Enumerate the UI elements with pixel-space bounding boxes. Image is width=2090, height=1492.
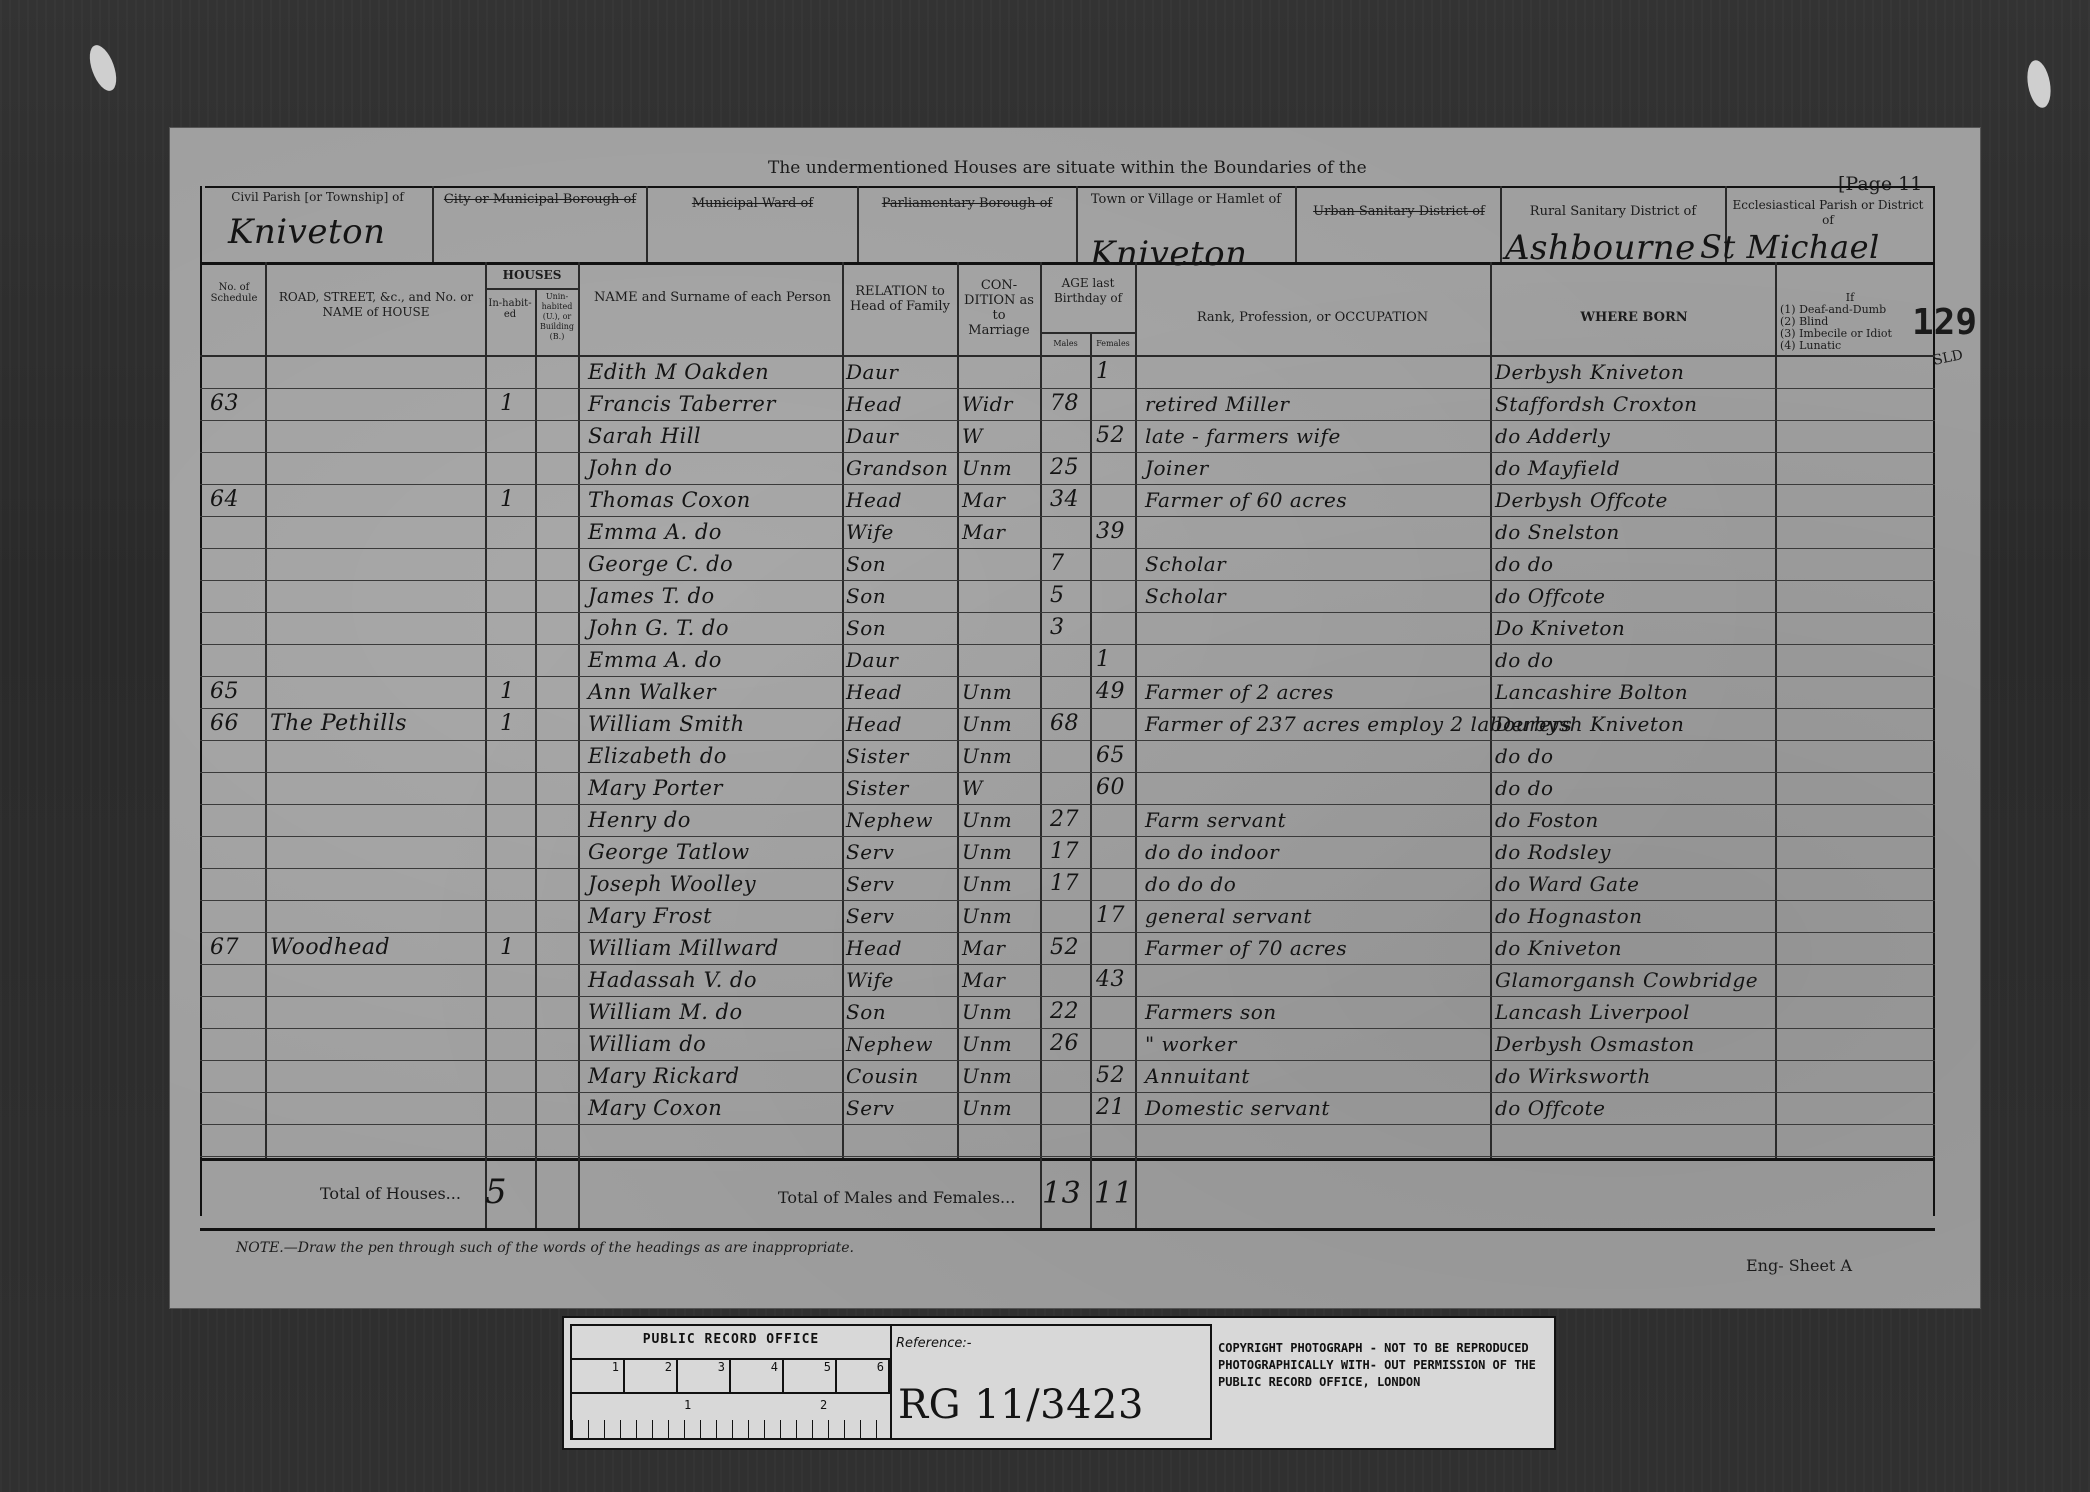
table-bottom — [200, 1158, 1935, 1161]
male-age — [1050, 741, 1088, 771]
schedule-number: 64 — [210, 485, 265, 515]
inhabited-count: 1 — [500, 389, 530, 419]
inhabited-count — [500, 901, 530, 931]
relation: Serv — [846, 837, 956, 867]
col-where-born-header: WHERE BORN — [1495, 310, 1773, 325]
female-age — [1096, 613, 1134, 643]
occupation — [1145, 645, 1485, 675]
person-name: Francis Taberrer — [588, 389, 840, 419]
age-subheader-line — [1040, 332, 1135, 334]
person-name — [588, 1125, 840, 1155]
condition: Unm — [962, 453, 1038, 483]
male-age: 17 — [1050, 869, 1088, 899]
relation: Son — [846, 549, 956, 579]
schedule-number — [210, 997, 265, 1027]
male-age — [1050, 645, 1088, 675]
house-name — [270, 1093, 484, 1123]
relation: Son — [846, 613, 956, 643]
where-born: Lancash Liverpool — [1495, 997, 1775, 1027]
relation: Sister — [846, 741, 956, 771]
scale-cell: 3 — [678, 1360, 731, 1392]
where-born: Lancashire Bolton — [1495, 677, 1775, 707]
condition: Unm — [962, 677, 1038, 707]
condition: Unm — [962, 869, 1038, 899]
condition — [962, 581, 1038, 611]
male-age — [1050, 1125, 1088, 1155]
schedule-number — [210, 805, 265, 835]
ruler-box: PUBLIC RECORD OFFICE 123456 1 2 — [570, 1324, 892, 1440]
inhabited-count — [500, 421, 530, 451]
person-name: Elizabeth do — [588, 741, 840, 771]
person-name: William do — [588, 1029, 840, 1059]
row-guide-line — [200, 1156, 1935, 1157]
male-age: 34 — [1050, 485, 1088, 515]
schedule-number: 66 — [210, 709, 265, 739]
inhabited-count — [500, 453, 530, 483]
relation: Grandson — [846, 453, 956, 483]
person-name: Emma A. do — [588, 645, 840, 675]
relation: Daur — [846, 645, 956, 675]
female-age — [1096, 933, 1134, 963]
house-name — [270, 389, 484, 419]
female-age: 17 — [1096, 901, 1134, 931]
inhabited-count — [500, 805, 530, 835]
scale-cell: 2 — [625, 1360, 678, 1392]
male-age — [1050, 357, 1088, 387]
house-name — [270, 581, 484, 611]
schedule-number — [210, 613, 265, 643]
occupation: Scholar — [1145, 581, 1485, 611]
relation: Head — [846, 389, 956, 419]
instruction-note: NOTE.—Draw the pen through such of the w… — [236, 1240, 854, 1256]
female-age: 43 — [1096, 965, 1134, 995]
condition: Unm — [962, 709, 1038, 739]
inhabited-count — [500, 645, 530, 675]
boundary-divider — [1076, 186, 1078, 262]
boundary-ecclesiastical-value: St Michael — [1700, 228, 1880, 266]
female-age: 21 — [1096, 1093, 1134, 1123]
relation: Daur — [846, 357, 956, 387]
occupation: Domestic servant — [1145, 1093, 1485, 1123]
relation: Son — [846, 581, 956, 611]
col-divider-uninhabited — [578, 262, 580, 1228]
occupation: Farmer of 60 acres — [1145, 485, 1485, 515]
col-inhabited-header: In-habit-ed — [487, 298, 533, 320]
where-born: do Kniveton — [1495, 933, 1775, 963]
boundary-town-label: Town or Village or Hamlet of — [1080, 192, 1292, 207]
condition — [962, 549, 1038, 579]
male-age — [1050, 421, 1088, 451]
person-name: Hadassah V. do — [588, 965, 840, 995]
where-born: do Rodsley — [1495, 837, 1775, 867]
where-born: do Hognaston — [1495, 901, 1775, 931]
schedule-number — [210, 773, 265, 803]
male-age: 27 — [1050, 805, 1088, 835]
boundary-urban-sanitary-label: Urban Sanitary District of — [1299, 204, 1499, 219]
schedule-number — [210, 869, 265, 899]
col-houses-header: HOUSES — [487, 268, 577, 283]
house-name — [270, 485, 484, 515]
occupation: do do do — [1145, 869, 1485, 899]
female-age: 60 — [1096, 773, 1134, 803]
female-age: 1 — [1096, 645, 1134, 675]
person-name: William Millward — [588, 933, 840, 963]
condition: Unm — [962, 741, 1038, 771]
person-name: Ann Walker — [588, 677, 840, 707]
col-divider-females — [1135, 262, 1137, 1228]
condition: Unm — [962, 1093, 1038, 1123]
scale-cell: 5 — [784, 1360, 837, 1392]
condition — [962, 1125, 1038, 1155]
male-age — [1050, 677, 1088, 707]
relation: Daur — [846, 421, 956, 451]
folio-stamp: 129 — [1912, 302, 1977, 343]
inhabited-count — [500, 357, 530, 387]
boundary-divider — [646, 186, 648, 262]
schedule-number: 65 — [210, 677, 265, 707]
inhabited-count — [500, 1125, 530, 1155]
where-born — [1495, 1125, 1775, 1155]
occupation — [1145, 773, 1485, 803]
condition: Mar — [962, 933, 1038, 963]
col-schedule-header: No. of Schedule — [205, 282, 263, 304]
boundary-ecclesiastical-label: Ecclesiastical Parish or District of — [1728, 198, 1928, 228]
condition — [962, 645, 1038, 675]
where-born: do Wirksworth — [1495, 1061, 1775, 1091]
col-males-header: Males — [1042, 338, 1089, 349]
col-infirmity-header: If (1) Deaf-and-Dumb (2) Blind (3) Imbec… — [1780, 292, 1920, 352]
col-age-header: AGE last Birthday of — [1042, 276, 1134, 306]
scale-cell: 6 — [837, 1360, 890, 1392]
where-born: Derbysh Kniveton — [1495, 357, 1775, 387]
schedule-number — [210, 517, 265, 547]
person-name: William M. do — [588, 997, 840, 1027]
female-age — [1096, 485, 1134, 515]
female-age — [1096, 453, 1134, 483]
col-divider-schedule — [265, 262, 267, 1158]
col-uninhabited-header: Unin-habited (U.), or Building (B.) — [537, 292, 577, 342]
col-name-header: NAME and Surname of each Person — [590, 290, 835, 305]
condition: W — [962, 421, 1038, 451]
occupation: " worker — [1145, 1029, 1485, 1059]
totals-bottom — [200, 1228, 1935, 1231]
house-name: Woodhead — [270, 933, 484, 963]
frame-top — [205, 186, 1935, 188]
occupation — [1145, 357, 1485, 387]
schedule-number — [210, 1061, 265, 1091]
col-road-header: ROAD, STREET, &c., and No. or NAME of HO… — [270, 290, 482, 320]
relation: Nephew — [846, 1029, 956, 1059]
person-name: Sarah Hill — [588, 421, 840, 451]
house-name — [270, 613, 484, 643]
where-born: Derbysh Offcote — [1495, 485, 1775, 515]
houses-subheader-line — [485, 288, 578, 290]
total-females-value: 11 — [1094, 1176, 1133, 1211]
scale-cells: 123456 — [572, 1360, 890, 1392]
condition — [962, 613, 1038, 643]
condition: Unm — [962, 1061, 1038, 1091]
archive-reference-strip: PUBLIC RECORD OFFICE 123456 1 2 Referenc… — [562, 1316, 1556, 1450]
schedule-number — [210, 1125, 265, 1155]
frame-left — [200, 186, 202, 1216]
where-born: do Foston — [1495, 805, 1775, 835]
male-age: 68 — [1050, 709, 1088, 739]
female-age — [1096, 1029, 1134, 1059]
inhabited-count — [500, 517, 530, 547]
female-age — [1096, 837, 1134, 867]
relation: Head — [846, 933, 956, 963]
page-label: [Page 11 — [1838, 173, 1922, 195]
condition: W — [962, 773, 1038, 803]
scale-cell: 1 — [572, 1360, 625, 1392]
condition: Unm — [962, 1029, 1038, 1059]
where-born: do Offcote — [1495, 581, 1775, 611]
person-name: George Tatlow — [588, 837, 840, 867]
inhabited-count — [500, 741, 530, 771]
female-age — [1096, 869, 1134, 899]
house-name — [270, 1029, 484, 1059]
total-males-value: 13 — [1042, 1176, 1081, 1211]
schedule-number — [210, 1029, 265, 1059]
condition: Mar — [962, 965, 1038, 995]
office-label: PUBLIC RECORD OFFICE — [572, 1332, 890, 1347]
schedule-number — [210, 549, 265, 579]
boundary-civil-parish-label: Civil Parish [or Township] of — [205, 190, 430, 205]
total-houses-label: Total of Houses... — [320, 1184, 461, 1203]
male-age: 78 — [1050, 389, 1088, 419]
female-age — [1096, 1125, 1134, 1155]
schedule-number — [210, 581, 265, 611]
male-age — [1050, 965, 1088, 995]
inhabited-count — [500, 1093, 530, 1123]
relation: Son — [846, 997, 956, 1027]
female-age — [1096, 709, 1134, 739]
schedule-number — [210, 837, 265, 867]
frame-right — [1933, 186, 1935, 1216]
person-name: Henry do — [588, 805, 840, 835]
col-occupation-header: Rank, Profession, or OCCUPATION — [1140, 310, 1485, 325]
person-name: James T. do — [588, 581, 840, 611]
boundary-civil-parish-value: Kniveton — [228, 212, 386, 252]
col-divider-road — [485, 262, 487, 1228]
condition: Mar — [962, 517, 1038, 547]
schedule-number — [210, 421, 265, 451]
male-age — [1050, 517, 1088, 547]
col-divider-occupation — [1490, 262, 1492, 1158]
relation: Serv — [846, 1093, 956, 1123]
male-age: 25 — [1050, 453, 1088, 483]
house-name — [270, 805, 484, 835]
where-born: Derbysh Osmaston — [1495, 1029, 1775, 1059]
schedule-number — [210, 965, 265, 995]
boundary-municipal-borough-label: City or Municipal Borough of — [436, 192, 644, 207]
person-name: Joseph Woolley — [588, 869, 840, 899]
condition: Unm — [962, 997, 1038, 1027]
schedule-number — [210, 1093, 265, 1123]
reference-value: RG 11/3423 — [898, 1382, 1144, 1428]
condition: Unm — [962, 837, 1038, 867]
relation: Cousin — [846, 1061, 956, 1091]
ruler-number-1: 1 — [684, 1398, 691, 1412]
occupation — [1145, 1125, 1485, 1155]
house-name — [270, 869, 484, 899]
inhabited-count — [500, 549, 530, 579]
infirmity-lunatic: (4) Lunatic — [1780, 340, 1920, 352]
inhabited-count — [500, 581, 530, 611]
col-relation-header: RELATION to Head of Family — [845, 284, 955, 314]
schedule-number — [210, 645, 265, 675]
where-born: do Ward Gate — [1495, 869, 1775, 899]
inhabited-count — [500, 773, 530, 803]
condition: Mar — [962, 485, 1038, 515]
inhabited-count — [500, 613, 530, 643]
person-name: George C. do — [588, 549, 840, 579]
schedule-number — [210, 741, 265, 771]
female-age — [1096, 581, 1134, 611]
where-born: do Snelston — [1495, 517, 1775, 547]
female-age: 52 — [1096, 421, 1134, 451]
occupation: Farmer of 70 acres — [1145, 933, 1485, 963]
occupation: Scholar — [1145, 549, 1485, 579]
reference-box: Reference:- RG 11/3423 — [888, 1324, 1212, 1440]
person-name: Thomas Coxon — [588, 485, 840, 515]
inhabited-count: 1 — [500, 485, 530, 515]
relation: Serv — [846, 901, 956, 931]
relation: Head — [846, 709, 956, 739]
person-name: William Smith — [588, 709, 840, 739]
ruler-ticks — [572, 1394, 890, 1438]
relation: Head — [846, 677, 956, 707]
col-divider-name — [842, 262, 844, 1158]
female-age: 49 — [1096, 677, 1134, 707]
where-born: do do — [1495, 741, 1775, 771]
schedule-number: 63 — [210, 389, 265, 419]
occupation — [1145, 741, 1485, 771]
relation: Nephew — [846, 805, 956, 835]
condition — [962, 357, 1038, 387]
where-born: do Adderly — [1495, 421, 1775, 451]
person-name: Edith M Oakden — [588, 357, 840, 387]
reference-label: Reference:- — [896, 1336, 971, 1351]
sheet-label: Eng- Sheet A — [1746, 1256, 1852, 1275]
occupation: Annuitant — [1145, 1061, 1485, 1091]
house-name — [270, 773, 484, 803]
person-name: John do — [588, 453, 840, 483]
house-name — [270, 517, 484, 547]
title-line: The undermentioned Houses are situate wi… — [768, 158, 1367, 178]
copyright-notice: COPYRIGHT PHOTOGRAPH - NOT TO BE REPRODU… — [1218, 1340, 1538, 1391]
schedule-number — [210, 901, 265, 931]
house-name: The Pethills — [270, 709, 484, 739]
female-age — [1096, 997, 1134, 1027]
col-females-header: Females — [1092, 338, 1134, 349]
female-age: 52 — [1096, 1061, 1134, 1091]
col-divider-relation — [957, 262, 959, 1158]
house-name — [270, 837, 484, 867]
where-born: do do — [1495, 773, 1775, 803]
male-age — [1050, 901, 1088, 931]
female-age — [1096, 549, 1134, 579]
male-age: 5 — [1050, 581, 1088, 611]
female-age: 65 — [1096, 741, 1134, 771]
where-born: do Offcote — [1495, 1093, 1775, 1123]
col-divider-males — [1090, 332, 1092, 1228]
col-divider-inhabited — [535, 290, 537, 1228]
female-age — [1096, 389, 1134, 419]
inhabited-count — [500, 1061, 530, 1091]
male-age — [1050, 1093, 1088, 1123]
boundary-rural-sanitary-label: Rural Sanitary District of — [1504, 204, 1722, 219]
male-age: 26 — [1050, 1029, 1088, 1059]
house-name — [270, 901, 484, 931]
house-name — [270, 741, 484, 771]
where-born: Do Kniveton — [1495, 613, 1775, 643]
occupation: Farm servant — [1145, 805, 1485, 835]
relation — [846, 1125, 956, 1155]
where-born: do do — [1495, 645, 1775, 675]
male-age: 7 — [1050, 549, 1088, 579]
inhabited-count: 1 — [500, 933, 530, 963]
occupation: retired Miller — [1145, 389, 1485, 419]
relation: Sister — [846, 773, 956, 803]
relation: Serv — [846, 869, 956, 899]
male-age: 17 — [1050, 837, 1088, 867]
boundary-parliamentary-borough-label: Parliamentary Borough of — [861, 196, 1073, 211]
male-age: 22 — [1050, 997, 1088, 1027]
house-name — [270, 357, 484, 387]
house-name — [270, 965, 484, 995]
inhabited-count: 1 — [500, 709, 530, 739]
house-name — [270, 453, 484, 483]
occupation: Farmer of 237 acres employ 2 labourers — [1145, 709, 1485, 739]
person-name: Mary Porter — [588, 773, 840, 803]
boundary-town-value: Kniveton — [1090, 234, 1248, 274]
schedule-number — [210, 357, 265, 387]
house-name — [270, 997, 484, 1027]
condition: Widr — [962, 389, 1038, 419]
person-name: Mary Coxon — [588, 1093, 840, 1123]
house-name — [270, 1125, 484, 1155]
male-age: 3 — [1050, 613, 1088, 643]
total-persons-label: Total of Males and Females... — [778, 1188, 1015, 1207]
scale-cell: 4 — [731, 1360, 784, 1392]
boundary-divider — [1500, 186, 1502, 262]
female-age — [1096, 805, 1134, 835]
relation: Head — [846, 485, 956, 515]
boundary-divider — [857, 186, 859, 262]
inhabited-count — [500, 837, 530, 867]
col-divider-condition — [1040, 262, 1042, 1228]
boundary-divider — [1295, 186, 1297, 262]
schedule-number: 67 — [210, 933, 265, 963]
occupation: Farmers son — [1145, 997, 1485, 1027]
where-born: Glamorgansh Cowbridge — [1495, 965, 1775, 995]
house-name — [270, 1061, 484, 1091]
where-born: do do — [1495, 549, 1775, 579]
inhabited-count — [500, 965, 530, 995]
where-born: do Mayfield — [1495, 453, 1775, 483]
occupation: Farmer of 2 acres — [1145, 677, 1485, 707]
ruler-number-2: 2 — [820, 1398, 827, 1412]
inhabited-count — [500, 1029, 530, 1059]
boundary-rural-sanitary-value: Ashbourne — [1505, 228, 1696, 268]
occupation — [1145, 517, 1485, 547]
occupation — [1145, 965, 1485, 995]
inhabited-count: 1 — [500, 677, 530, 707]
person-name: John G. T. do — [588, 613, 840, 643]
person-name: Mary Frost — [588, 901, 840, 931]
inhabited-count — [500, 869, 530, 899]
